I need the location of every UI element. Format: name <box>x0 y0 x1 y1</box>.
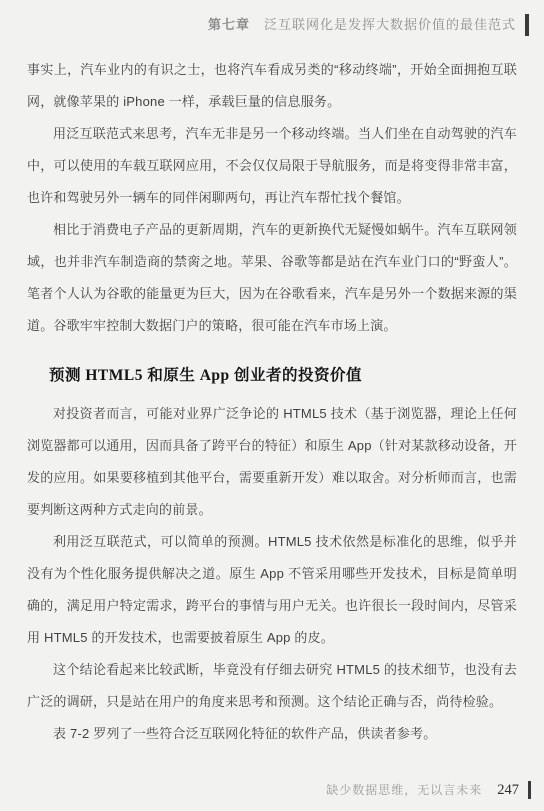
chapter-label: 第七章 <box>208 13 250 37</box>
footer-motto: 缺少数据思维，无以言未来 <box>326 780 482 800</box>
footer-divider-bar <box>528 781 531 799</box>
book-page: 第七章 泛互联网化是发挥大数据价值的最佳范式 事实上，汽车业内的有识之士，也将汽… <box>0 0 544 811</box>
paragraph: 用泛互联范式来思考，汽车无非是另一个移动终端。当人们坐在自动驾驶的汽车中，可以使… <box>27 118 517 214</box>
page-body: 事实上，汽车业内的有识之士，也将汽车看成另类的“移动终端”，开始全面拥抱互联网，… <box>27 54 517 750</box>
section-heading: 预测 HTML5 和原生 App 创业者的投资价值 <box>27 364 517 388</box>
page-number: 247 <box>497 780 519 800</box>
paragraph: 事实上，汽车业内的有识之士，也将汽车看成另类的“移动终端”，开始全面拥抱互联网，… <box>27 54 517 118</box>
chapter-title: 泛互联网化是发挥大数据价值的最佳范式 <box>264 13 516 37</box>
paragraph: 利用泛互联范式，可以简单的预测。HTML5 技术依然是标准化的思维，似乎并没有为… <box>27 526 517 654</box>
running-head: 第七章 泛互联网化是发挥大数据价值的最佳范式 <box>208 13 529 37</box>
header-divider-bar <box>525 14 529 36</box>
paragraph: 对投资者而言，可能对业界广泛争论的 HTML5 技术（基于浏览器，理论上任何浏览… <box>27 398 517 526</box>
paragraph: 表 7-2 罗列了一些符合泛互联网化特征的软件产品，供读者参考。 <box>27 718 517 750</box>
page-footer: 缺少数据思维，无以言未来 247 <box>326 780 531 800</box>
paragraph: 这个结论看起来比较武断，毕竟没有仔细去研究 HTML5 的技术细节，也没有去广泛… <box>27 654 517 718</box>
paragraph: 相比于消费电子产品的更新周期，汽车的更新换代无疑慢如蜗牛。汽车互联网领域，也并非… <box>27 214 517 342</box>
